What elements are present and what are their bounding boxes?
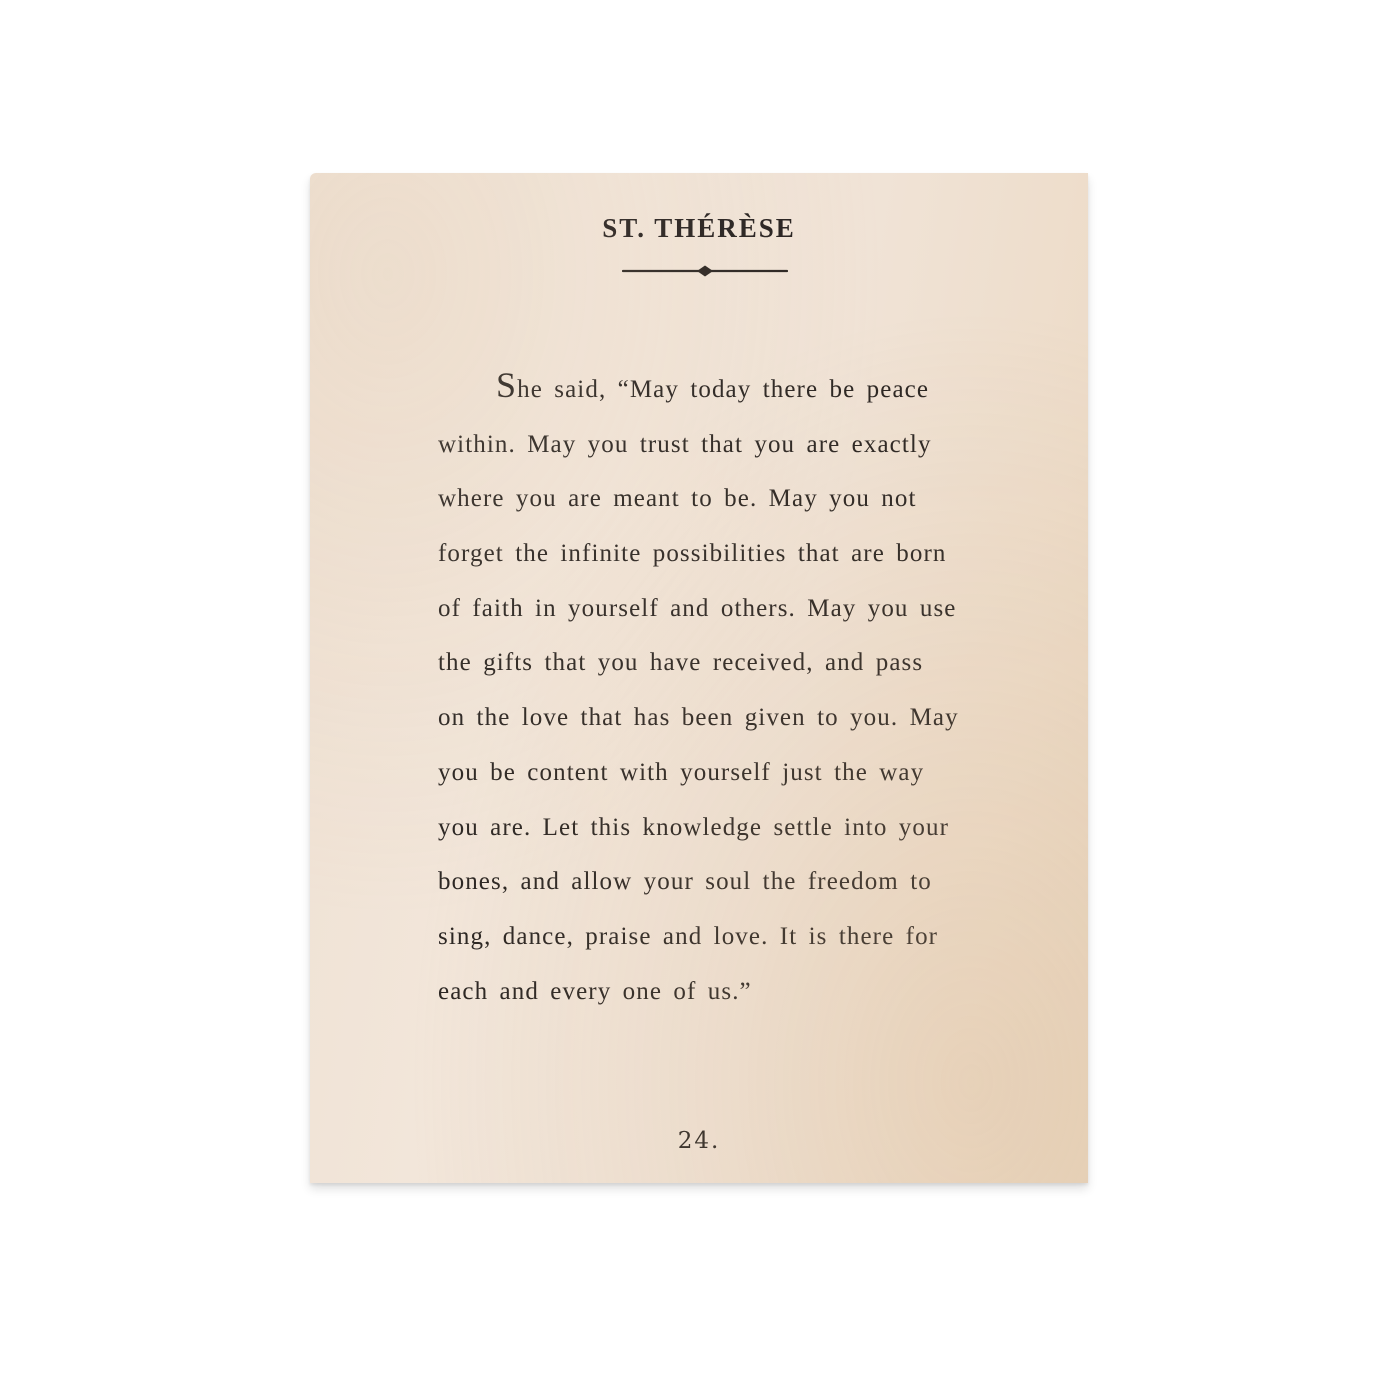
quote-line: of faith in yourself and others. May you… xyxy=(438,582,978,637)
quote-line: forget the infinite possibilities that a… xyxy=(438,527,978,582)
quote-line: each and every one of us.” xyxy=(438,965,978,1020)
quote-line: She said, “May today there be peace xyxy=(438,363,978,418)
quote-line: where you are meant to be. May you not xyxy=(438,472,978,527)
quote-line: within. May you trust that you are exact… xyxy=(438,418,978,473)
page-number: 24. xyxy=(310,1128,1088,1154)
quote-line: you are. Let this knowledge settle into … xyxy=(438,801,978,856)
book-page-print: ST. THÉRÈSE She said, “May today there b… xyxy=(310,173,1088,1183)
drop-cap: S xyxy=(496,365,517,405)
quote-line: sing, dance, praise and love. It is ther… xyxy=(438,910,978,965)
diamond-rule-ornament-icon xyxy=(622,263,788,279)
quote-body: She said, “May today there be peace with… xyxy=(438,363,978,1019)
page-title: ST. THÉRÈSE xyxy=(310,213,1088,244)
quote-line: the gifts that you have received, and pa… xyxy=(438,636,978,691)
quote-line: bones, and allow your soul the freedom t… xyxy=(438,855,978,910)
quote-line: on the love that has been given to you. … xyxy=(438,691,978,746)
quote-line: you be content with yourself just the wa… xyxy=(438,746,978,801)
